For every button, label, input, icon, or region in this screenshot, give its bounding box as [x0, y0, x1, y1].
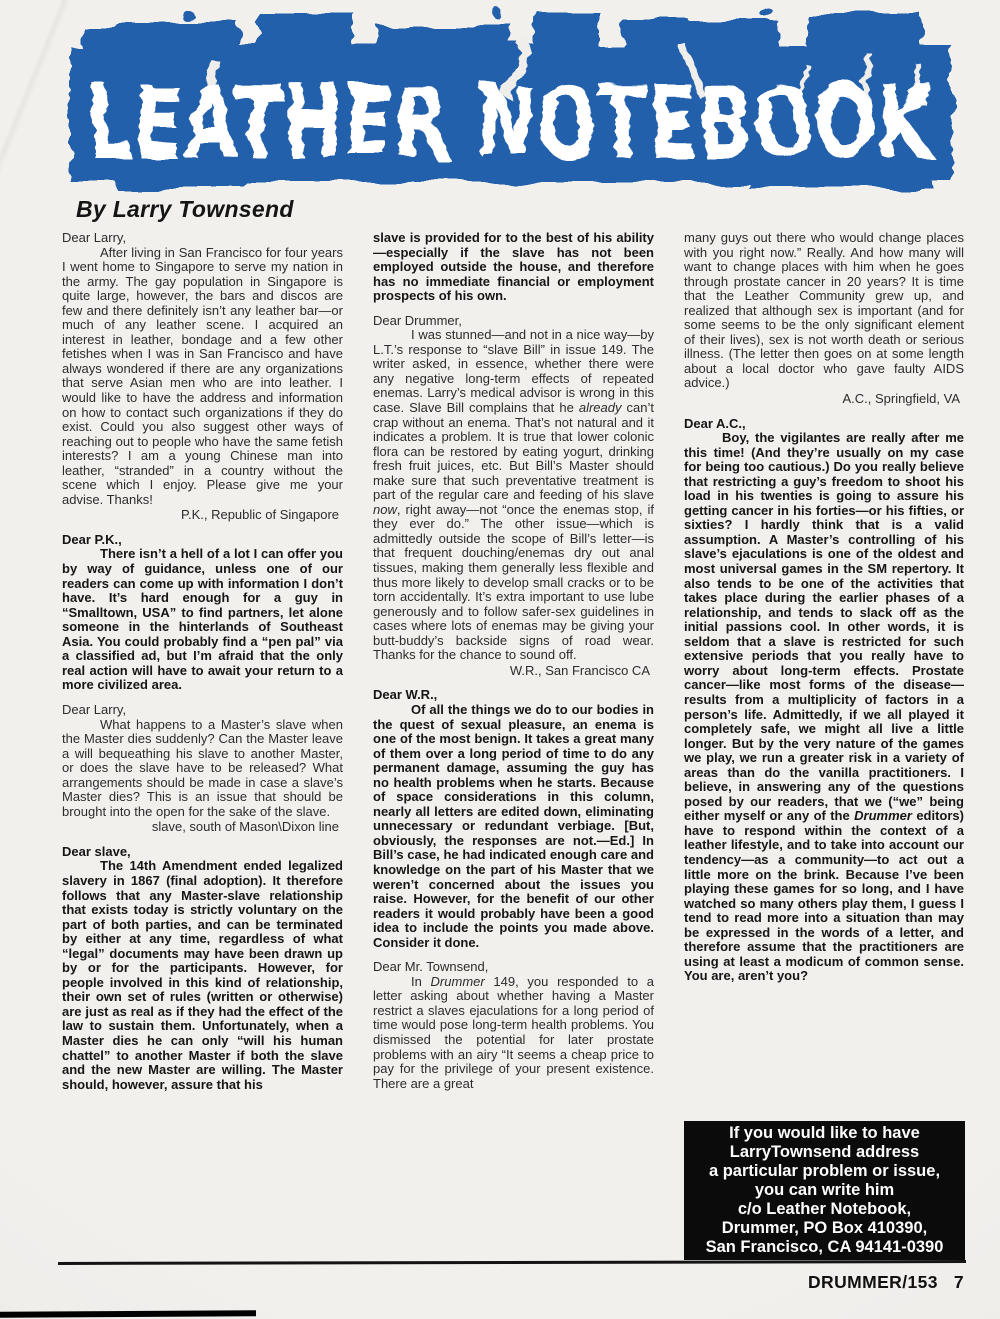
write-in-line: Drummer, PO Box 410390,	[684, 1219, 965, 1238]
letter-body: slave is provided for to the best of his…	[373, 231, 654, 304]
letter-body: Of all the things we do to our bodies in…	[373, 703, 654, 950]
letter-salutation: Dear W.R.,	[373, 688, 654, 703]
page-title: LEATHER NOTEBOOK	[87, 65, 934, 182]
letter-body: After living in San Francisco for four y…	[62, 246, 343, 508]
leather-notebook-banner: LEATHER NOTEBOOK	[58, 2, 968, 202]
letter-salutation: Dear P.K.,	[62, 533, 343, 548]
footer-rule	[58, 1260, 966, 1265]
letter-body: many guys out there who would change pla…	[684, 231, 964, 391]
letter-body: Boy, the vigilantes are really after me …	[684, 431, 964, 984]
letter-body: What happens to a Master’s slave when th…	[62, 718, 343, 820]
letter-signature: W.R., San Francisco CA	[373, 664, 654, 679]
letter-salutation: Dear slave,	[62, 845, 343, 860]
letter-signature: slave, south of Mason\Dixon line	[62, 820, 343, 835]
scan-edge-bar	[0, 1310, 256, 1318]
byline: By Larry Townsend	[76, 196, 294, 223]
letter-salutation: Dear Mr. Townsend,	[373, 960, 654, 975]
letter-signature: A.C., Springfield, VA	[684, 392, 964, 407]
write-in-line: LarryTownsend address	[684, 1143, 965, 1162]
letter-signature: P.K., Republic of Singapore	[62, 508, 343, 523]
letter-body: There isn’t a hell of a lot I can offer …	[62, 547, 343, 692]
letter-salutation: Dear A.C.,	[684, 417, 964, 432]
letter-body: I was stunned—and not in a nice way—by L…	[373, 328, 654, 663]
write-in-line: you can write him	[684, 1181, 965, 1200]
write-in-line: a particular problem or issue,	[684, 1162, 965, 1181]
letter-salutation: Dear Larry,	[62, 231, 343, 246]
letter-body: In Drummer 149, you responded to a lette…	[373, 975, 654, 1091]
column-2: slave is provided for to the best of his…	[373, 231, 654, 1258]
magazine-issue: DRUMMER/153	[808, 1272, 938, 1292]
magazine-page: LEATHER NOTEBOOK By Larry Townsend Dear …	[0, 0, 1000, 1319]
write-in-line: If you would like to have	[684, 1124, 965, 1143]
footer: DRUMMER/1537	[808, 1272, 964, 1293]
write-in-line: c/o Leather Notebook,	[684, 1200, 965, 1219]
column-3: many guys out there who would change pla…	[684, 231, 964, 1117]
column-1: Dear Larry,After living in San Francisco…	[62, 231, 343, 1258]
letter-body: The 14th Amendment ended legalized slave…	[62, 859, 343, 1092]
letter-salutation: Dear Larry,	[62, 703, 343, 718]
write-in-line: San Francisco, CA 94141-0390	[684, 1238, 965, 1257]
page-number: 7	[954, 1272, 964, 1292]
write-in-box: If you would like to have LarryTownsend …	[684, 1121, 965, 1260]
letter-salutation: Dear Drummer,	[373, 314, 654, 329]
